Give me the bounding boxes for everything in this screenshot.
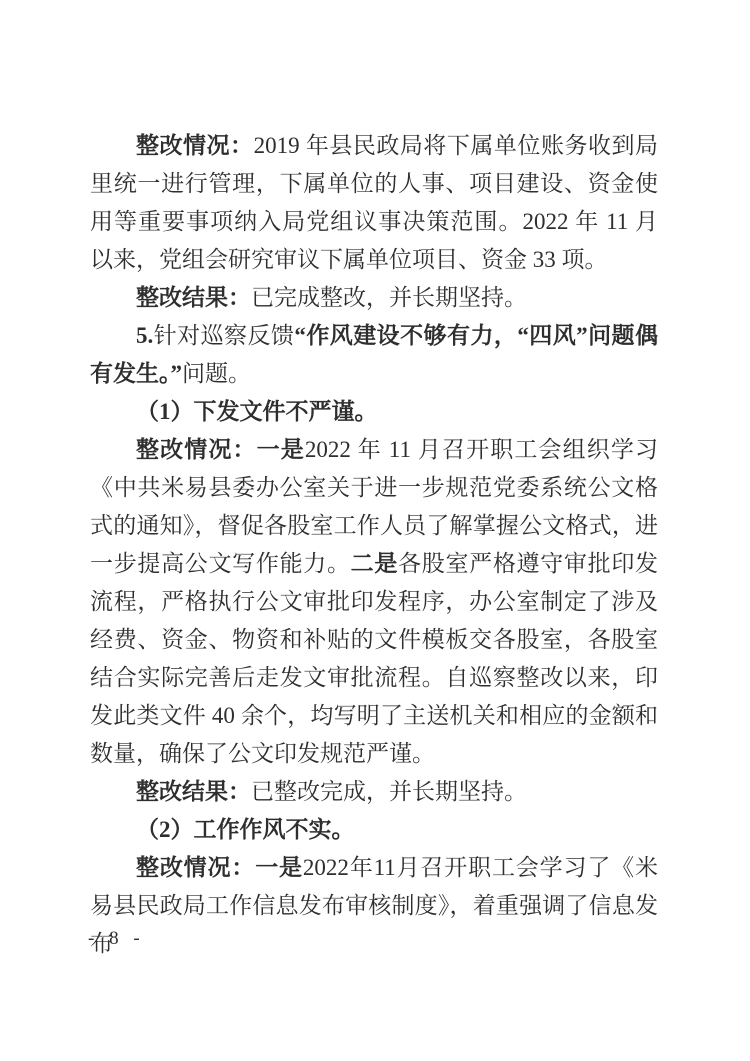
paragraph: 整改结果：已完成整改，并长期坚持。 xyxy=(90,279,658,317)
paragraph: 整改结果：已整改完成，并长期坚持。 xyxy=(90,773,658,811)
paragraph: 5.针对巡察反馈“作风建设不够有力，“四风”问题偶有发生。”问题。 xyxy=(90,317,658,393)
text-run: 整改情况： xyxy=(136,133,254,158)
text-run: （1）下发文件不严谨。 xyxy=(136,399,378,424)
document-page: 整改情况：2019 年县民政局将下属单位账务收到局里统一进行管理，下属单位的人事… xyxy=(0,0,750,1061)
text-run: 问题。 xyxy=(182,361,251,386)
paragraph: （1）下发文件不严谨。 xyxy=(90,393,658,431)
text-run: 一是 xyxy=(257,437,305,462)
text-run: 整改结果： xyxy=(136,779,251,804)
text-run: 一是 xyxy=(255,855,303,880)
paragraph: 整改情况：一是2022年11月召开职工会学习了《米易县民政局工作信息发布审核制度… xyxy=(90,849,658,963)
text-run: 已完成整改，并长期坚持。 xyxy=(251,285,527,310)
paragraph: 整改情况：2019 年县民政局将下属单位账务收到局里统一进行管理，下属单位的人事… xyxy=(90,127,658,279)
text-run: 5. xyxy=(136,323,153,348)
paragraph: 整改情况：一是2022 年 11 月召开职工会组织学习《中共米易县委办公室关于进… xyxy=(90,431,658,773)
text-run: 整改情况： xyxy=(136,855,255,880)
text-run: 各股室严格遵守审批印发流程，严格执行公文审批印发程序，办公室制定了涉及经费、资金… xyxy=(90,551,658,766)
text-run: 整改结果： xyxy=(136,285,251,310)
text-run: 二是 xyxy=(351,551,398,576)
text-run: 针对巡察反馈 xyxy=(153,323,294,348)
document-body: 整改情况：2019 年县民政局将下属单位账务收到局里统一进行管理，下属单位的人事… xyxy=(90,127,658,963)
text-run: （2）工作作风不实。 xyxy=(136,817,355,842)
page-number: - 8 - xyxy=(88,928,145,950)
paragraph: （2）工作作风不实。 xyxy=(90,811,658,849)
text-run: 已整改完成，并长期坚持。 xyxy=(251,779,527,804)
text-run: 整改情况： xyxy=(136,437,257,462)
